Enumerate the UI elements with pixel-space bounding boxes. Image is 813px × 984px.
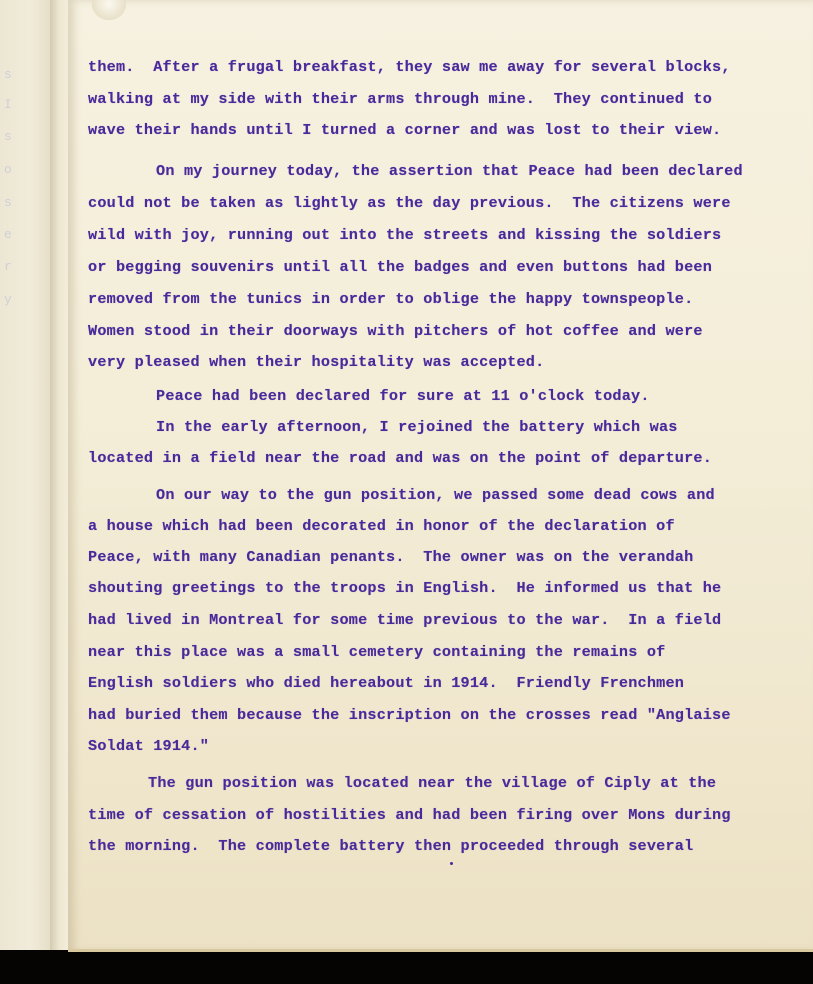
text-line: time of cessation of hostilities and had…	[88, 806, 731, 824]
text-line: or begging souvenirs until all the badge…	[88, 258, 712, 276]
text-line: had lived in Montreal for some time prev…	[88, 611, 721, 629]
text-line: located in a field near the road and was…	[88, 449, 712, 467]
text-line: the morning. The complete battery then p…	[88, 837, 693, 855]
bleed-through-mark: s	[4, 70, 18, 80]
bleed-through-mark: s	[4, 198, 18, 208]
bleed-through-mark: o	[4, 165, 18, 175]
paragraph-start-line: On my journey today, the assertion that …	[156, 162, 743, 180]
text-line: wild with joy, running out into the stre…	[88, 226, 721, 244]
text-line: them. After a frugal breakfast, they saw…	[88, 58, 731, 76]
text-line: Soldat 1914."	[88, 737, 209, 755]
paper-tear	[92, 0, 126, 20]
bleed-through-mark: s	[4, 132, 18, 142]
bleed-through-mark: y	[4, 295, 18, 305]
text-line: Peace, with many Canadian penants. The o…	[88, 548, 693, 566]
text-line: shouting greetings to the troops in Engl…	[88, 579, 721, 597]
bleed-through-mark: I	[4, 100, 18, 110]
text-line: walking at my side with their arms throu…	[88, 90, 712, 108]
facing-page-edge: s I s o s e r y	[0, 0, 51, 950]
text-line: near this place was a small cemetery con…	[88, 643, 665, 661]
text-line: removed from the tunics in order to obli…	[88, 290, 693, 308]
scanned-document: s I s o s e r y them. After a frugal bre…	[0, 0, 813, 984]
text-line: very pleased when their hospitality was …	[88, 353, 544, 371]
text-line: had buried them because the inscription …	[88, 706, 731, 724]
paragraph-start-line: Peace had been declared for sure at 11 o…	[156, 387, 650, 405]
paragraph-start-line: On our way to the gun position, we passe…	[156, 486, 715, 504]
binding-gutter	[50, 0, 70, 950]
paragraph-start-line: In the early afternoon, I rejoined the b…	[156, 418, 678, 436]
text-line: wave their hands until I turned a corner…	[88, 121, 721, 139]
bleed-through-mark: e	[4, 230, 18, 240]
bleed-through-mark: r	[4, 262, 18, 272]
ink-speck	[450, 862, 453, 865]
text-line: English soldiers who died hereabout in 1…	[88, 674, 684, 692]
text-line: a house which had been decorated in hono…	[88, 517, 675, 535]
text-line: could not be taken as lightly as the day…	[88, 194, 731, 212]
paragraph-start-line: The gun position was located near the vi…	[148, 774, 716, 792]
text-line: Women stood in their doorways with pitch…	[88, 322, 703, 340]
